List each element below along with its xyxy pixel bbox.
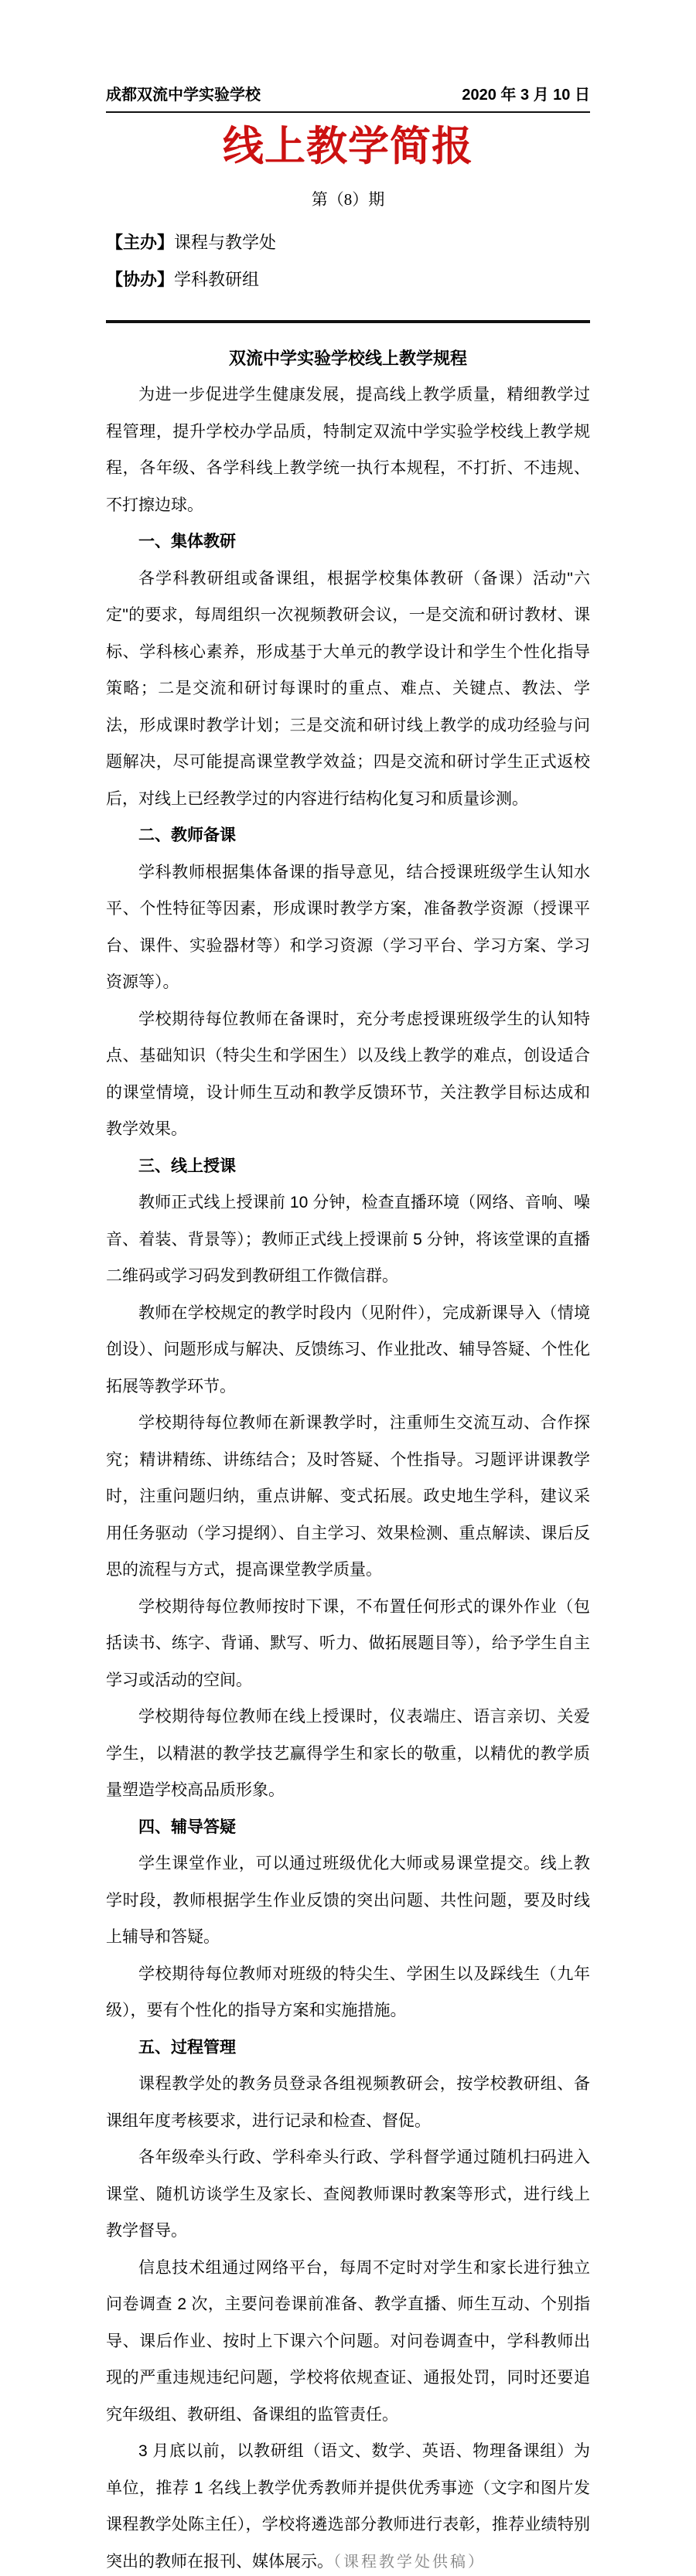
document-page: 成都双流中学实验学校 2020 年 3 月 10 日 线上教学简报 第（8）期 … (0, 82, 696, 2576)
paragraph: 学校期待每位教师在线上授课时，仪表端庄、语言亲切、关爱学生，以精湛的教学技艺赢得… (106, 1699, 590, 1809)
paragraph: 学校期待每位教师在新课教学时，注重师生交流互动、合作探究；精讲精练、讲练结合；及… (106, 1405, 590, 1589)
footer-credit: （课程教学处供稿） (333, 2554, 486, 2571)
paragraph: 学生课堂作业，可以通过班级优化大师或易课堂提交。线上教学时段，教师根据学生作业反… (106, 1845, 590, 1956)
article-body: 为进一步促进学生健康发展，提高线上教学质量，精细教学过程管理，提升学校办学品质，… (106, 377, 590, 2576)
page-header: 成都双流中学实验学校 2020 年 3 月 10 日 (106, 82, 590, 113)
organizer-list: 【主办】课程与教学处 【协办】学科教研组 (106, 224, 590, 298)
section-divider (106, 320, 590, 323)
paragraph: 3 月底以前，以教研组（语文、数学、英语、物理备课组）为单位，推荐 1 名线上教… (106, 2433, 590, 2576)
paragraph: 教师在学校规定的教学时段内（见附件），完成新课导入（情境创设）、问题形成与解决、… (106, 1295, 590, 1406)
article: 双流中学实验学校线上教学规程 为进一步促进学生健康发展，提高线上教学质量，精细教… (106, 340, 590, 2576)
section-heading: 一、集体教研 (106, 523, 590, 561)
organizer-value: 课程与教学处 (174, 233, 276, 252)
section-heading: 四、辅导答疑 (106, 1809, 590, 1846)
article-title: 双流中学实验学校线上教学规程 (106, 340, 590, 377)
organizer-row: 【协办】学科教研组 (106, 261, 590, 298)
paragraph: 为进一步促进学生健康发展，提高线上教学质量，精细教学过程管理，提升学校办学品质，… (106, 377, 590, 523)
paragraph: 学校期待每位教师对班级的特尖生、学困生以及踩线生（九年级），要有个性化的指导方案… (106, 1956, 590, 2029)
paragraph: 信息技术组通过网络平台，每周不定时对学生和家长进行独立问卷调查 2 次，主要问卷… (106, 2250, 590, 2434)
page-title: 线上教学简报 (106, 122, 590, 172)
section-heading: 五、过程管理 (106, 2029, 590, 2067)
paragraph: 学科教师根据集体备课的指导意见，结合授课班级学生认知水平、个性特征等因素，形成课… (106, 854, 590, 1001)
organizer-label: 【主办】 (106, 233, 174, 252)
paragraph: 教师正式线上授课前 10 分钟，检查直播环境（网络、音响、噪音、着装、背景等）；… (106, 1184, 590, 1295)
paragraph: 各学科教研组或备课组，根据学校集体教研（备课）活动"六定"的要求，每周组织一次视… (106, 561, 590, 818)
paragraph: 学校期待每位教师按时下课，不布置任何形式的课外作业（包括读书、练字、背诵、默写、… (106, 1589, 590, 1699)
organizer-value: 学科教研组 (174, 270, 259, 289)
issue-number: 第（8）期 (106, 190, 590, 209)
section-heading: 三、线上授课 (106, 1148, 590, 1185)
section-heading: 二、教师备课 (106, 817, 590, 854)
header-school-name: 成都双流中学实验学校 (106, 82, 261, 104)
header-date: 2020 年 3 月 10 日 (462, 82, 590, 104)
paragraph: 课程教学处的教务员登录各组视频教研会，按学校教研组、备课组年度考核要求，进行记录… (106, 2066, 590, 2139)
paragraph: 各年级牵头行政、学科牵头行政、学科督学通过随机扫码进入课堂、随机访谈学生及家长、… (106, 2139, 590, 2250)
organizer-label: 【协办】 (106, 270, 174, 289)
organizer-row: 【主办】课程与教学处 (106, 224, 590, 261)
paragraph: 学校期待每位教师在备课时，充分考虑授课班级学生的认知特点、基础知识（特尖生和学困… (106, 1001, 590, 1148)
